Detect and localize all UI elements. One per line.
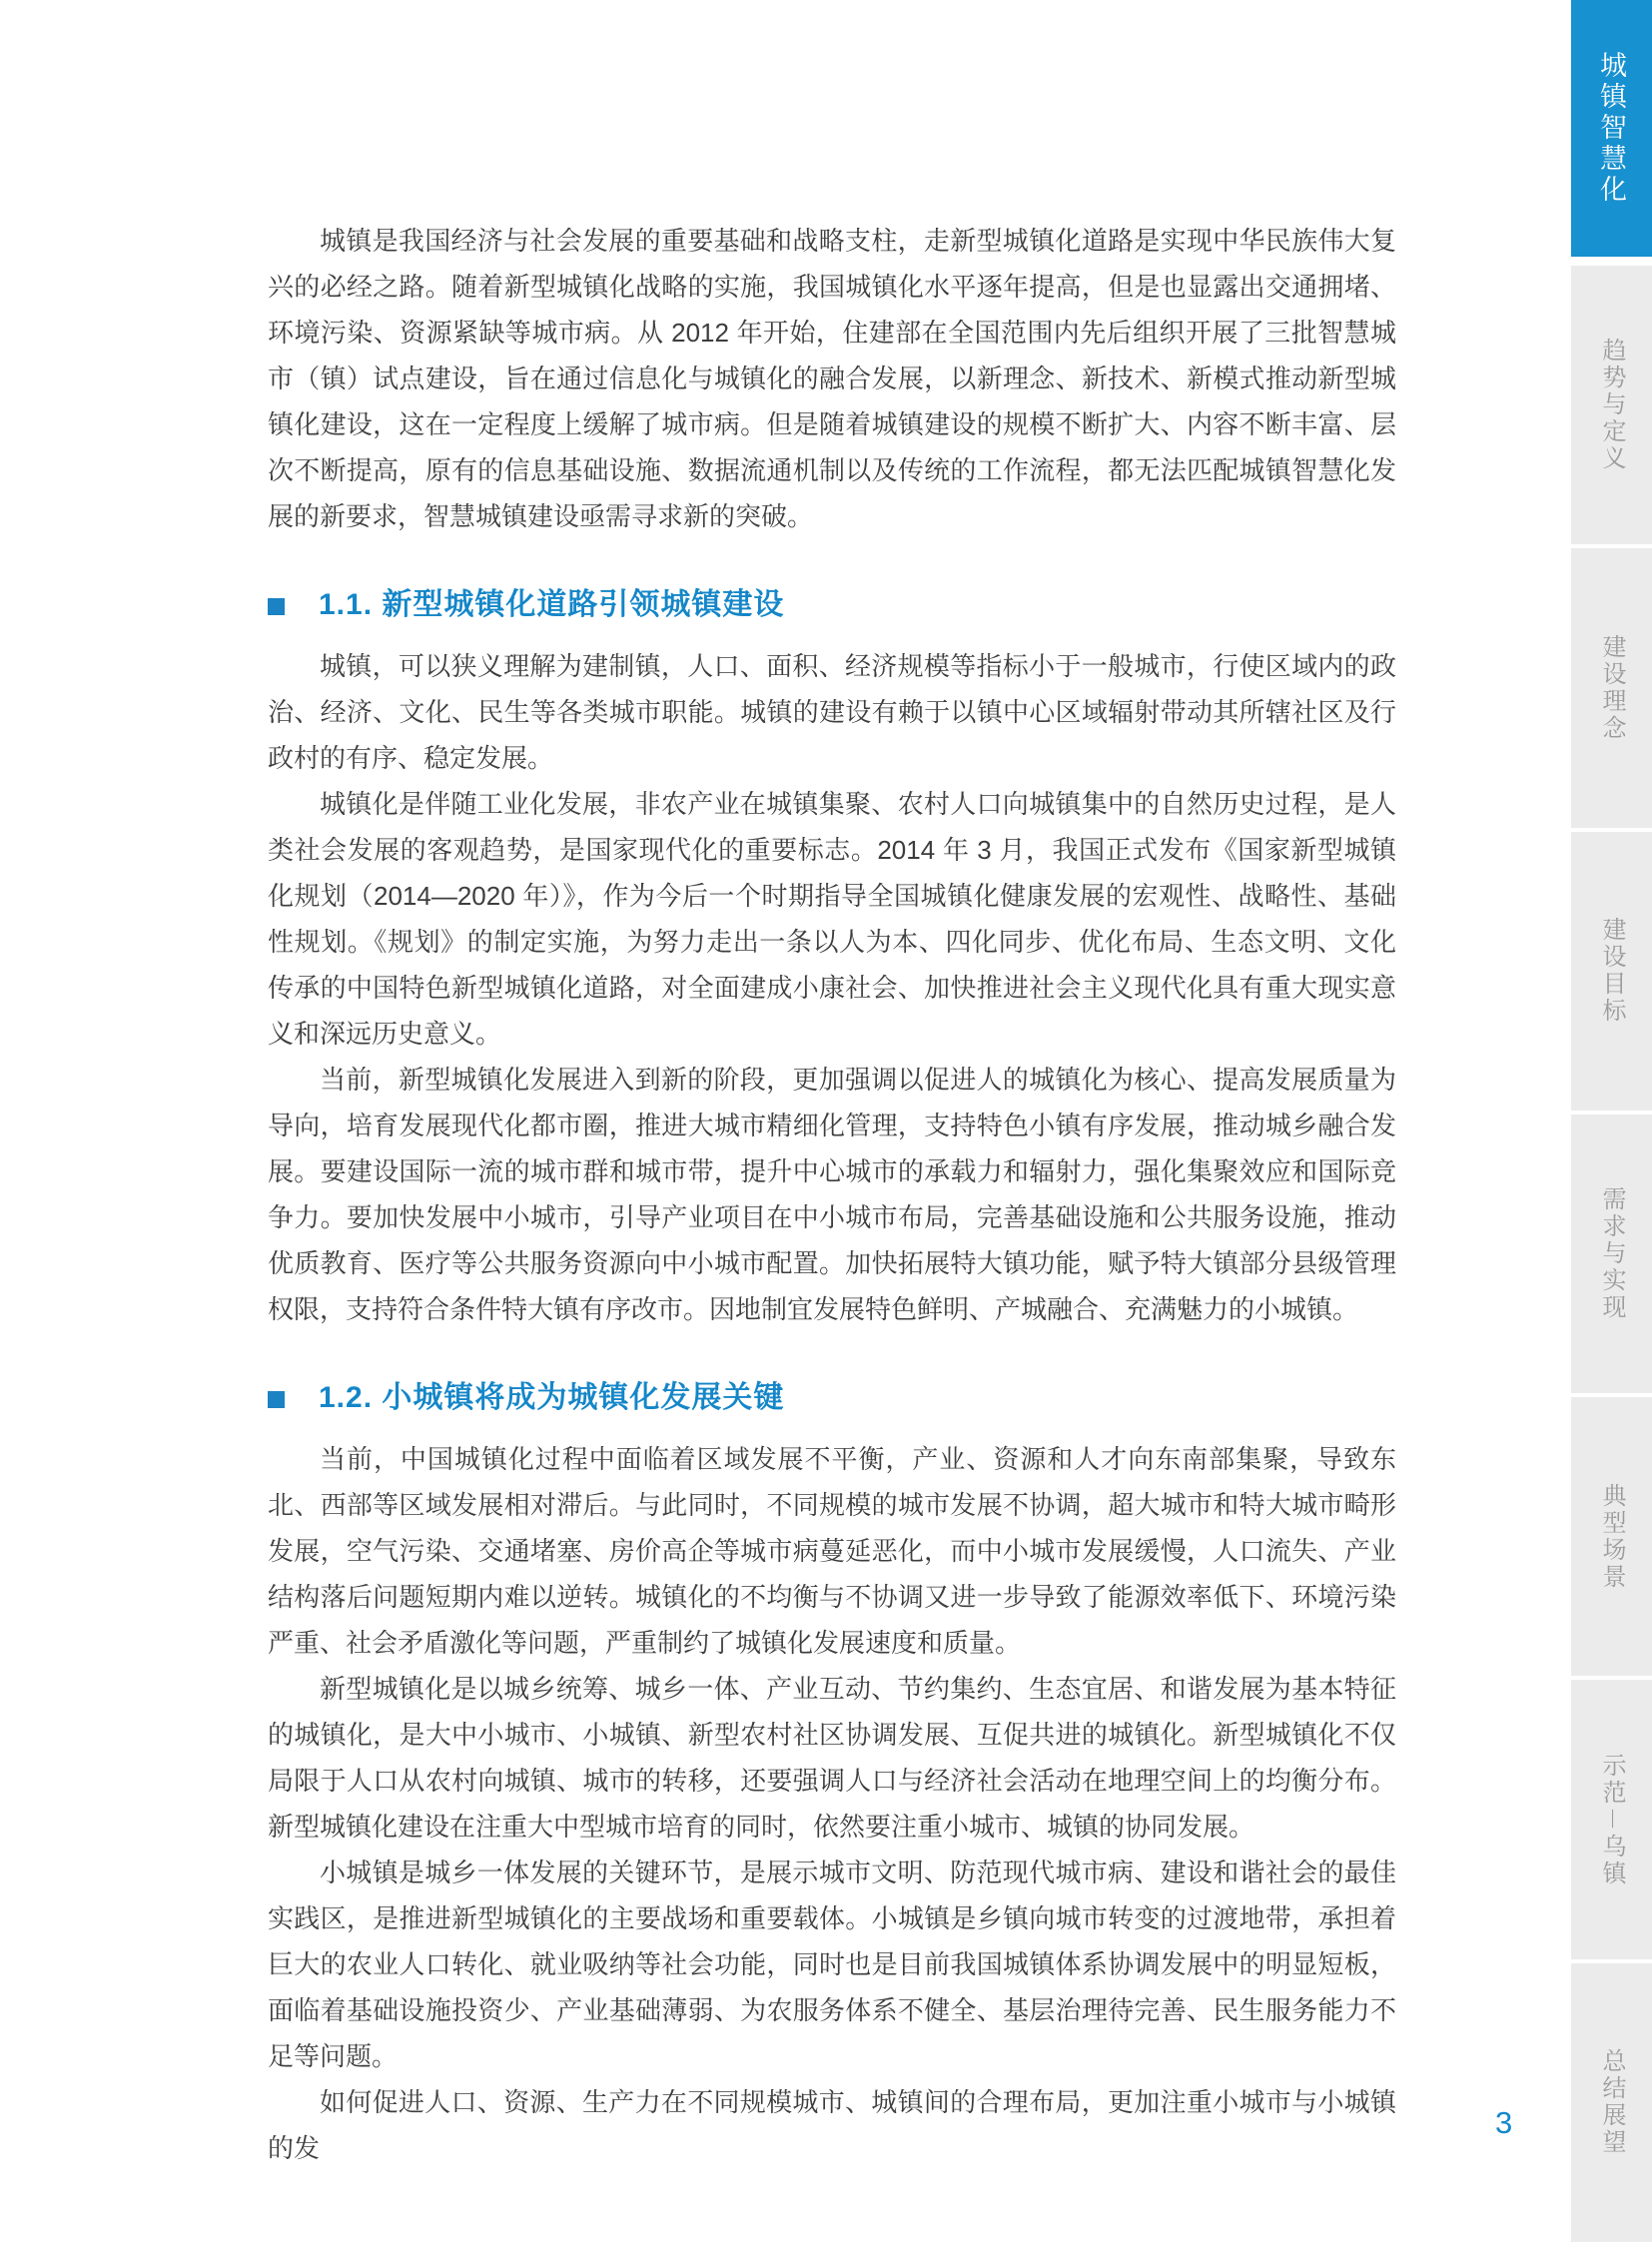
paragraph: 城镇是我国经济与社会发展的重要基础和战略支柱，走新型城镇化道路是实现中华民族伟大… [268,218,1396,539]
sidebar-tab-label: 城镇智慧化 [1592,51,1631,206]
sidebar-tab-label: 趋势与定义 [1594,338,1629,472]
paragraph: 如何促进人口、资源、生产力在不同规模城市、城镇间的合理布局，更加注重小城市与小城… [268,2079,1396,2171]
section-title: 1.1. 新型城镇化道路引领城镇建设 [319,583,784,627]
section-title: 1.2. 小城镇将成为城镇化发展关键 [319,1376,784,1420]
sidebar-tab-label: 建设理念 [1594,634,1629,742]
sidebar-tab-label: 总结展望 [1594,2048,1629,2156]
sidebar-tab-concept[interactable]: 建设理念 [1571,548,1652,827]
section-heading-1-2: 1.2. 小城镇将成为城镇化发展关键 [268,1376,1396,1420]
paragraph: 当前，新型城镇化发展进入到新的阶段，更加强调以促进人的城镇化为核心、提高发展质量… [268,1057,1396,1332]
paragraph: 当前，中国城镇化过程中面临着区域发展不平衡，产业、资源和人才向东南部集聚，导致东… [268,1436,1396,1666]
chapter-tab-rail: 城镇智慧化 趋势与定义 建设理念 建设目标 需求与实现 典型场景 示范－乌镇 总… [1571,0,1652,2242]
sidebar-tab-label: 需求与实现 [1594,1186,1629,1321]
sidebar-tab-label: 示范－乌镇 [1594,1753,1629,1887]
page-number: 3 [1495,2105,1512,2141]
sidebar-tab-label: 建设目标 [1594,917,1629,1025]
paragraph: 城镇化是伴随工业化发展，非农产业在城镇集聚、农村人口向城镇集中的自然历史过程，是… [268,781,1396,1057]
page-body: 城镇是我国经济与社会发展的重要基础和战略支柱，走新型城镇化道路是实现中华民族伟大… [268,218,1396,2171]
sidebar-tab-goals[interactable]: 建设目标 [1571,832,1652,1111]
section-bullet-icon [268,598,285,615]
paragraph: 城镇，可以狭义理解为建制镇，人口、面积、经济规模等指标小于一般城市，行使区域内的… [268,643,1396,781]
section-bullet-icon [268,1391,285,1408]
sidebar-tab-active[interactable]: 城镇智慧化 [1571,0,1652,257]
section-heading-1-1: 1.1. 新型城镇化道路引领城镇建设 [268,583,1396,627]
sidebar-tab-trends[interactable]: 趋势与定义 [1571,266,1652,544]
sidebar-tab-scenarios[interactable]: 典型场景 [1571,1397,1652,1676]
paragraph: 小城镇是城乡一体发展的关键环节，是展示城市文明、防范现代城市病、建设和谐社会的最… [268,1850,1396,2079]
document-page: 城镇是我国经济与社会发展的重要基础和战略支柱，走新型城镇化道路是实现中华民族伟大… [0,0,1652,2242]
sidebar-tab-demo-wuzhen[interactable]: 示范－乌镇 [1571,1680,1652,1958]
sidebar-tab-label: 典型场景 [1594,1483,1629,1591]
sidebar-tab-needs[interactable]: 需求与实现 [1571,1115,1652,1393]
sidebar-tab-summary[interactable]: 总结展望 [1571,1963,1652,2242]
paragraph: 新型城镇化是以城乡统筹、城乡一体、产业互动、节约集约、生态宜居、和谐发展为基本特… [268,1666,1396,1850]
